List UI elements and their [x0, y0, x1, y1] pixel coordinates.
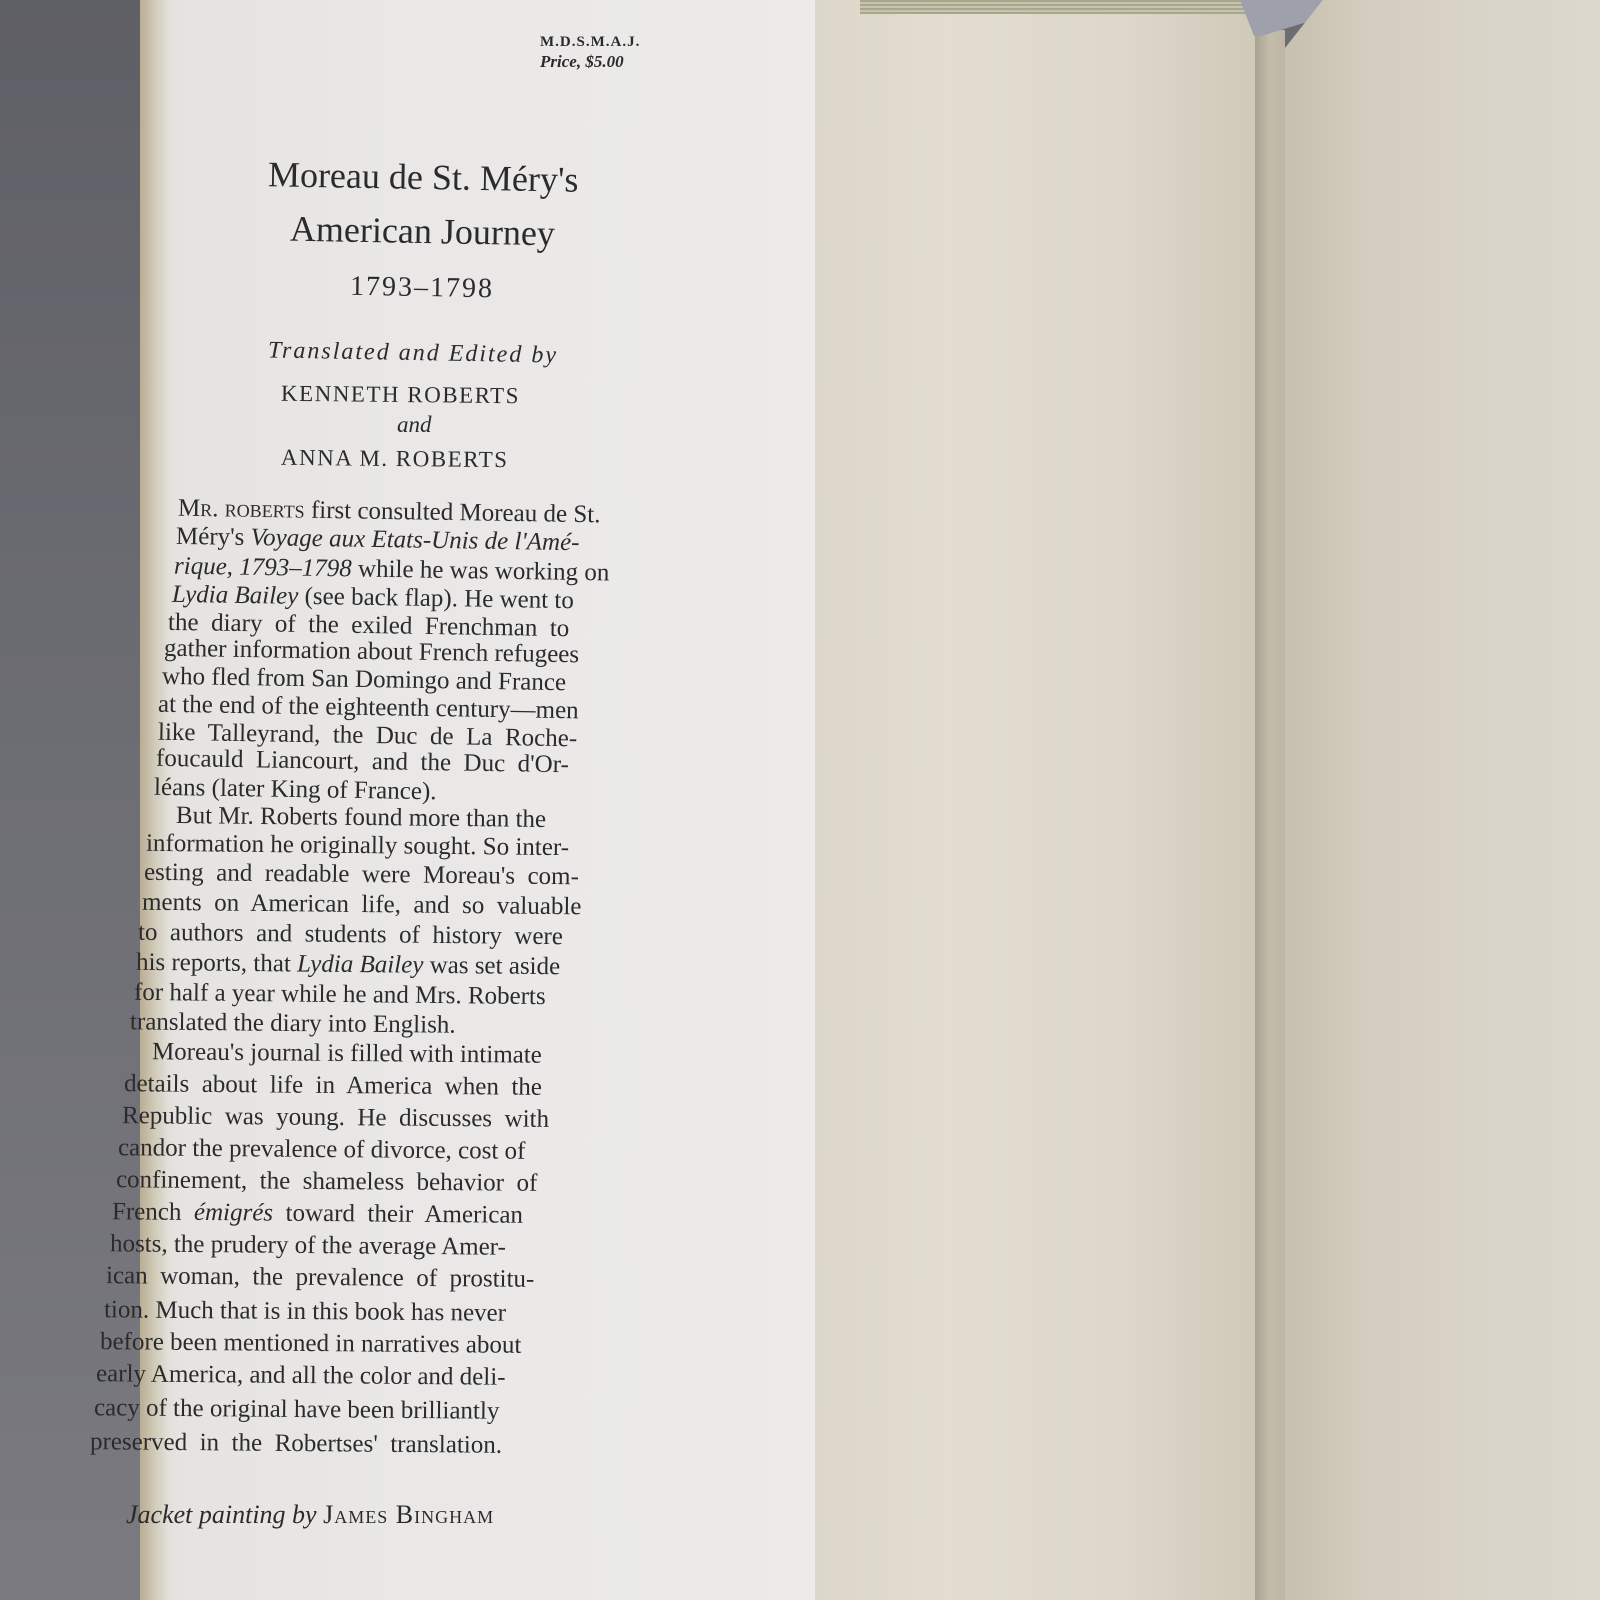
editor-2: ANNA M. ROBERTS	[281, 445, 509, 473]
body-text-run: (see back flap). He went to	[298, 583, 574, 614]
body-text-run: hosts, the prudery of the average Amer-	[110, 1230, 506, 1260]
body-line: to authors and students of history were	[138, 919, 563, 951]
body-line: preserved in the Robertses' translation.	[90, 1428, 502, 1460]
title-years: 1793–1798	[350, 271, 495, 306]
body-text-run: while he was working on	[352, 555, 610, 586]
body-text-run: Mr. roberts	[178, 495, 305, 524]
body-line: ican woman, the prevalence of prostitu-	[106, 1262, 535, 1294]
body-line: Moreau's journal is filled with intimate	[152, 1038, 542, 1069]
body-text-run: cacy of the original have been brilliant…	[94, 1394, 500, 1425]
title-line-2: American Journey	[290, 208, 556, 255]
body-line: translated the diary into English.	[130, 1008, 456, 1039]
body-line: cacy of the original have been brilliant…	[94, 1394, 500, 1426]
body-line: But Mr. Roberts found more than the	[176, 802, 546, 834]
body-text-run: foucauld Liancourt, and the Duc d'Or-	[156, 745, 569, 778]
body-text-run: tion. Much that is in this book has neve…	[104, 1296, 506, 1327]
body-text-run: early America, and all the color and del…	[96, 1360, 506, 1391]
body-line: early America, and all the color and del…	[96, 1360, 506, 1392]
body-text-run: émigrés	[194, 1199, 273, 1227]
body-line: candor the prevalence of divorce, cost o…	[118, 1134, 526, 1166]
body-text-run: to authors and students of history were	[138, 919, 563, 950]
body-text-run: ican woman, the prevalence of prostitu-	[106, 1262, 535, 1293]
body-line: French émigrés toward their American	[112, 1198, 523, 1230]
body-text-run: details about life in America when the	[124, 1070, 542, 1101]
body-line: details about life in America when the	[124, 1070, 542, 1102]
body-text-run: French	[112, 1198, 194, 1226]
body-text-run: candor the prevalence of divorce, cost o…	[118, 1134, 526, 1165]
board-top-edge	[860, 0, 1260, 14]
jacket-credit: Jacket painting by James Bingham	[126, 1500, 494, 1530]
body-text-run: before been mentioned in narratives abou…	[100, 1328, 522, 1359]
credit-prefix: Jacket painting by	[126, 1500, 317, 1529]
body-text-run: preserved in the Robertses' translation.	[90, 1428, 502, 1459]
body-text-run: first consulted Moreau de St.	[304, 497, 600, 529]
body-line: hosts, the prudery of the average Amer-	[110, 1230, 506, 1261]
jacket-code: M.D.S.M.A.J.	[540, 34, 640, 51]
body-text-run: information he originally sought. So int…	[146, 830, 569, 861]
body-line: confinement, the shameless behavior of	[116, 1166, 538, 1198]
body-line: information he originally sought. So int…	[146, 830, 569, 862]
translated-by-label: Translated and Edited by	[268, 337, 558, 369]
body-text-run: esting and readable were Moreau's com-	[144, 859, 579, 891]
title-line-1: Moreau de St. Méry's	[268, 153, 579, 200]
body-text-run: rique, 1793–1798	[174, 553, 352, 583]
body-text-run: Lydia Bailey	[297, 950, 424, 978]
book-board	[815, 0, 1255, 1600]
body-text-run: ments on American life, and so valuable	[142, 889, 582, 921]
body-line: Republic was young. He discusses with	[122, 1102, 549, 1134]
body-text-run: Méry's	[176, 523, 251, 551]
body-text-run: Republic was young. He discusses with	[122, 1102, 549, 1133]
body-text-run: confinement, the shameless behavior of	[116, 1166, 538, 1197]
credit-artist: James Bingham	[323, 1500, 494, 1529]
body-line: his reports, that Lydia Bailey was set a…	[136, 949, 560, 981]
body-line: esting and readable were Moreau's com-	[144, 859, 579, 892]
body-text-run: léans (later King of France).	[154, 774, 437, 805]
body-text-run: translated the diary into English.	[130, 1008, 456, 1038]
endpaper	[1285, 0, 1600, 1600]
body-text-run: Lydia Bailey	[172, 581, 299, 610]
editor-conjunction: and	[397, 412, 432, 438]
body-text-run: But Mr. Roberts found more than the	[176, 802, 546, 833]
body-text-run: Voyage aux Etats-Unis de l'Amé-	[250, 524, 579, 556]
body-text-run: his reports, that	[136, 949, 297, 978]
body-line: tion. Much that is in this book has neve…	[104, 1296, 506, 1328]
body-text-run: toward their American	[273, 1200, 523, 1229]
body-line: for half a year while he and Mrs. Robert…	[134, 979, 546, 1011]
book-gutter	[1255, 30, 1285, 1600]
body-text-run: for half a year while he and Mrs. Robert…	[134, 979, 546, 1010]
body-line: before been mentioned in narratives abou…	[100, 1328, 522, 1360]
jacket-price: Price, $5.00	[540, 52, 624, 72]
body-text-run: Moreau's journal is filled with intimate	[152, 1038, 542, 1068]
body-line: ments on American life, and so valuable	[142, 889, 582, 922]
body-text-run: was set aside	[423, 952, 560, 980]
editor-1: KENNETH ROBERTS	[281, 381, 520, 410]
